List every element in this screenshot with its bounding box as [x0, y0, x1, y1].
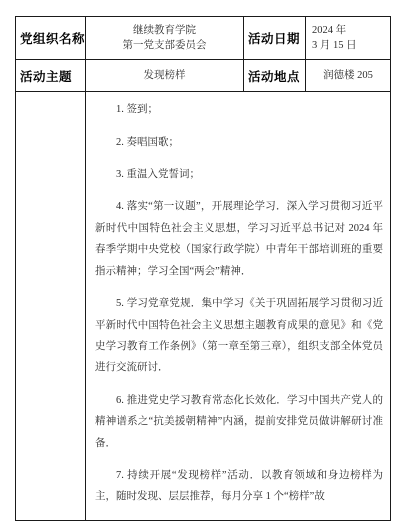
table-row-agenda: 1. 签到； 2. 奏唱国歌； 3. 重温入党誓词； 4. 落实“第一议题”，开… [16, 92, 391, 521]
activity-record-page: 党组织名称 继续教育学院 第一党支部委员会 活动日期 2024 年 3 月 15… [0, 0, 403, 528]
org-name-label: 党组织名称 [16, 17, 86, 60]
agenda-item-paragraph: 7. 持续开展“发现榜样”活动．以教育领域和身边榜样为主，随时发现、层层推荐，每… [95, 465, 383, 508]
agenda-left-empty-cell [16, 92, 86, 521]
agenda-item-paragraph: 5. 学习党章党规．集中学习《关于巩固拓展学习贯彻习近平新时代中国特色社会主义思… [95, 293, 383, 379]
activity-theme-value: 发现榜样 [86, 60, 244, 92]
table-row-org-date: 党组织名称 继续教育学院 第一党支部委员会 活动日期 2024 年 3 月 15… [16, 17, 391, 60]
activity-theme-label: 活动主题 [16, 60, 86, 92]
activity-location-label: 活动地点 [244, 60, 306, 92]
activity-date-line1: 2024 年 [312, 25, 346, 36]
activity-date-value: 2024 年 3 月 15 日 [306, 17, 391, 60]
org-name-line1: 继续教育学院 [133, 25, 196, 36]
table-row-theme-location: 活动主题 发现榜样 活动地点 润德楼 205 [16, 60, 391, 92]
agenda-item-paragraph: 2. 奏唱国歌； [95, 132, 383, 153]
activity-date-line2: 3 月 15 日 [312, 40, 357, 51]
org-name-line2: 第一党支部委员会 [123, 40, 207, 51]
org-name-value: 继续教育学院 第一党支部委员会 [86, 17, 244, 60]
activity-record-table: 党组织名称 继续教育学院 第一党支部委员会 活动日期 2024 年 3 月 15… [15, 16, 391, 521]
activity-location-value: 润德楼 205 [306, 60, 391, 92]
agenda-item-paragraph: 4. 落实“第一议题”，开展理论学习．深入学习贯彻习近平新时代中国特色社会主义思… [95, 196, 383, 282]
agenda-item-paragraph: 3. 重温入党誓词； [95, 164, 383, 185]
activity-date-label: 活动日期 [244, 17, 306, 60]
agenda-content-cell: 1. 签到； 2. 奏唱国歌； 3. 重温入党誓词； 4. 落实“第一议题”，开… [86, 92, 391, 521]
agenda-item-paragraph: 1. 签到； [95, 99, 383, 120]
agenda-item-paragraph: 6. 推进党史学习教育常态化长效化．学习中国共产党人的精神谱系之“抗美援朝精神”… [95, 390, 383, 454]
